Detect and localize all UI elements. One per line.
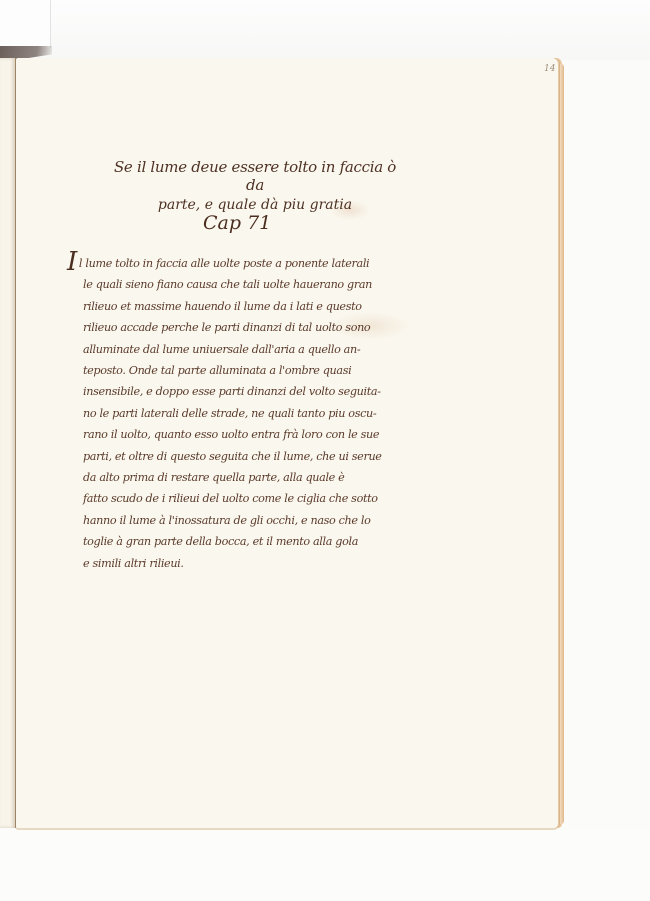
text-line: toglie à gran parte della bocca, et il m… (53, 531, 413, 552)
text-line: insensibile, e doppo esse parti dinanzi … (53, 381, 413, 402)
text-line: da alto prima di restare quella parte, a… (53, 467, 413, 488)
backdrop (0, 0, 650, 60)
folio-number: 14 (544, 64, 555, 74)
text-line: le quali sieno fiano causa che tali uolt… (53, 274, 413, 295)
backdrop-bottom (0, 830, 650, 901)
chapter-number: Cap 71 (203, 212, 271, 234)
previous-page-flap (0, 0, 51, 48)
heading-line-1: Se il lume deue essere tolto in faccia ò… (105, 158, 405, 194)
chapter-heading: Se il lume deue essere tolto in faccia ò… (105, 158, 405, 213)
text-line: hanno il lume à l'inossatura de gli occh… (53, 510, 413, 531)
body-paragraph: Il lume tolto in faccia alle uolte poste… (53, 252, 413, 574)
left-page-edge (0, 58, 16, 828)
text-line: teposto. Onde tal parte alluminata a l'o… (53, 360, 413, 381)
decorated-initial: I (67, 247, 77, 277)
text-line: fatto scudo de i rilieui del uolto come … (53, 488, 413, 509)
text-line: no le parti laterali delle strade, ne qu… (53, 403, 413, 424)
text-line: rano il uolto, quanto esso uolto entra f… (53, 424, 413, 445)
text-line: e simili altri rilieui. (53, 553, 413, 574)
text-line: rilieuo et massime hauendo il lume da i … (53, 296, 413, 317)
text-line: alluminate dal lume uniuersale dall'aria… (53, 339, 413, 360)
heading-line-2: parte, e quale dà piu gratia (105, 197, 405, 213)
text-line: Il lume tolto in faccia alle uolte poste… (53, 252, 413, 274)
text-line: rilieuo accade perche le parti dinanzi d… (53, 317, 413, 338)
text-line: parti, et oltre di questo seguita che il… (53, 446, 413, 467)
